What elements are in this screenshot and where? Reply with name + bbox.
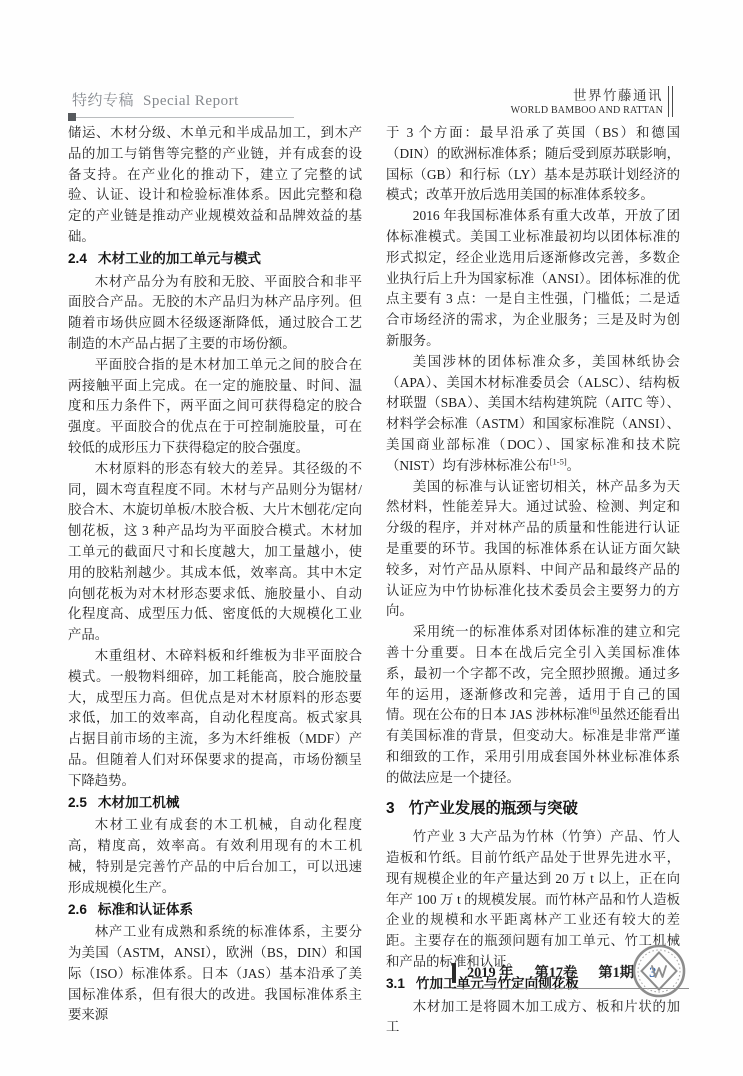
column-section-label: 特约专稿Special Report bbox=[72, 89, 239, 110]
citation-ref-6: [6] bbox=[590, 706, 600, 716]
heading-3-number: 3 bbox=[386, 800, 395, 817]
header-square-mark bbox=[68, 113, 76, 121]
para-industry-chain: 储运、木材分级、木单元和半成品加工，到木产品的加工与销售等完整的产业链，并有成套… bbox=[68, 123, 362, 248]
para-material-forms: 木材原料的形态有较大的差异。其径级的不同，圆木弯直程度不同。木材与产品则分为锯材… bbox=[68, 459, 362, 646]
footer-volume: 第17卷 bbox=[534, 965, 577, 981]
double-bar-ornament bbox=[668, 86, 673, 117]
journal-seal-icon bbox=[632, 944, 686, 998]
para-nonplane-glue: 木重组材、木碎料板和纤维板为非平面胶合模式。一般物料细碎，加工耗能高，胶合施胶量… bbox=[68, 646, 362, 792]
heading-2-5-number: 2.5 bbox=[68, 795, 87, 810]
para-plane-glue: 平面胶合指的是木材加工单元之间的胶合在两接触平面上完成。在一定的施胶量、时间、温… bbox=[68, 355, 362, 459]
para-us-group-standards-text: 美国涉林的团体标准众多，美国林纸协会（APA）、美国木材标准委员会（ALSC）、… bbox=[386, 354, 680, 473]
para-glue-types: 木材产品分为有胶和无胶、平面胶合和非平面胶合产品。无胶的木产品归为林产品序列。但… bbox=[68, 272, 362, 355]
heading-3-title: 竹产业发展的瓶颈与突破 bbox=[409, 800, 578, 817]
para-wood-processing: 木材加工是将圆木加工成方、板和片状的加工 bbox=[386, 997, 680, 1039]
heading-2-4-number: 2.4 bbox=[68, 251, 87, 266]
heading-2-5-title: 木材加工机械 bbox=[98, 795, 180, 810]
heading-2-4: 2.4木材工业的加工单元与模式 bbox=[68, 249, 362, 270]
para-machinery: 木材工业有成套的木工机械，自动化程度高，精度高，效率高。有效利用现有的木工机械，… bbox=[68, 815, 362, 898]
para-us-group-standards: 美国涉林的团体标准众多，美国林纸协会（APA）、美国木材标准委员会（ALSC）、… bbox=[386, 352, 680, 477]
para-standards-systems: 林产工业有成熟和系统的标准体系，主要分为美国（ASTM，ANSI），欧洲（BS，… bbox=[68, 922, 362, 1026]
journal-title-block: 世界竹藤通讯 WORLD BAMBOO AND RATTAN bbox=[511, 84, 663, 116]
para-unified-system: 采用统一的标准体系对团体标准的建立和完善十分重要。日本在战后完全引入美国标准体系… bbox=[386, 622, 680, 788]
header-rule bbox=[68, 117, 294, 118]
column-label-zh: 特约专稿 bbox=[72, 93, 134, 109]
heading-3: 3竹产业发展的瓶颈与突破 bbox=[386, 799, 680, 820]
journal-title-zh: 世界竹藤通讯 bbox=[511, 84, 663, 104]
right-column: 于 3 个方面：最早沿承了英国（BS）和德国（DIN）的欧洲标准体系；随后受到原… bbox=[386, 123, 680, 1038]
heading-2-6-number: 2.6 bbox=[68, 902, 87, 917]
citation-ref-1-5: [1-5] bbox=[550, 456, 567, 466]
heading-2-4-title: 木材工业的加工单元与模式 bbox=[98, 251, 261, 266]
heading-2-6: 2.6标准和认证体系 bbox=[68, 900, 362, 921]
footer-bar-ornament bbox=[452, 963, 456, 983]
journal-title-en: WORLD BAMBOO AND RATTAN bbox=[511, 105, 663, 116]
journal-page: 特约专稿Special Report 世界竹藤通讯 WORLD BAMBOO A… bbox=[0, 0, 743, 1076]
footer-citation: 2019 年第17卷第1期3 bbox=[467, 962, 656, 982]
heading-2-5: 2.5木材加工机械 bbox=[68, 793, 362, 814]
column-label-en: Special Report bbox=[143, 93, 239, 109]
heading-3-1-number: 3.1 bbox=[386, 976, 405, 991]
footer-year: 2019 年 bbox=[467, 965, 513, 981]
footer-issue: 第1期 bbox=[598, 965, 634, 981]
para-us-group-standards-end: 。 bbox=[567, 458, 580, 473]
heading-2-6-title: 标准和认证体系 bbox=[98, 902, 193, 917]
para-certification: 美国的标准与认证密切相关，林产品多为天然材料，性能差异大。通过试验、检测、判定和… bbox=[386, 477, 680, 623]
left-column: 储运、木材分级、木单元和半成品加工，到木产品的加工与销售等完整的产业链，并有成套… bbox=[68, 123, 362, 1026]
para-three-sources: 于 3 个方面：最早沿承了英国（BS）和德国（DIN）的欧洲标准体系；随后受到原… bbox=[386, 123, 680, 206]
para-2016-reform: 2016 年我国标准体系有重大改革，开放了团体标准模式。美国工业标准最初均以团体… bbox=[386, 206, 680, 352]
